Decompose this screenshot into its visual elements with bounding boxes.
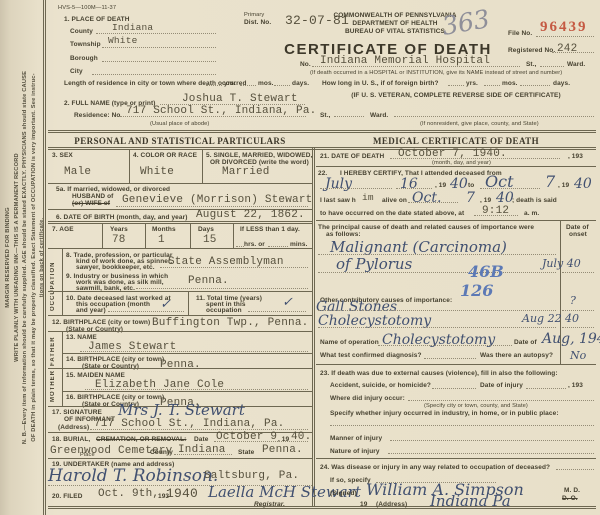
- fill-line: [102, 61, 216, 62]
- filed-label: 20. FILED: [52, 493, 83, 500]
- cause-onset-value: July 40: [542, 258, 581, 269]
- row-rule: [62, 391, 312, 392]
- contributory-onset-value: Aug 22 40: [522, 313, 579, 324]
- year-19: , 19: [435, 182, 446, 189]
- file-number-label: File No.: [508, 30, 532, 37]
- township-label: Township: [70, 41, 101, 48]
- operation-date-label: Date of: [514, 339, 537, 346]
- county-label: County: [150, 449, 173, 456]
- last-saw-label: I last saw h: [320, 197, 356, 204]
- yrs-label: yrs.: [224, 80, 236, 87]
- address-label: (Address): [376, 501, 407, 508]
- date-of-onset-label: onset: [569, 231, 587, 238]
- fill-line: [102, 47, 216, 48]
- row-rule: [48, 331, 312, 332]
- cremation-removal-label: CREMATION, OR REMOVAL:: [96, 436, 186, 443]
- physician-address: Indiana Pa: [430, 494, 511, 509]
- fill-line: [248, 311, 306, 312]
- nonresident-note: (If nonresident, give place, county, and…: [420, 121, 539, 128]
- institution-note: (If death occurred in a HOSPITAL or INST…: [310, 70, 562, 77]
- county-label: County: [70, 28, 93, 35]
- certify-label: I HEREBY CERTIFY, That I attended deceas…: [340, 170, 502, 177]
- fill-line: [408, 400, 594, 401]
- attended-to-year: 40: [574, 177, 592, 191]
- residence-length-label: Length of residence in city or town wher…: [64, 80, 247, 87]
- burial-label: 18. BURIAL,: [52, 436, 90, 443]
- specify-where-label: Specify whether injury occurred in indus…: [330, 410, 559, 417]
- sex-label: 3. SEX: [52, 152, 73, 159]
- bottom-rule: [48, 506, 596, 509]
- fill-line: [90, 429, 308, 430]
- row-rule: [316, 458, 596, 459]
- fill-line: [540, 66, 564, 67]
- fill-line: [556, 469, 594, 470]
- injury-193: , 193: [568, 382, 583, 389]
- fill-line: [562, 327, 594, 328]
- do-label: D. O.: [562, 495, 578, 502]
- fill-line: [378, 345, 512, 346]
- fill-line: [474, 215, 518, 216]
- side-label-divider: [62, 331, 63, 368]
- contributory-cause-line: Cholecystotomy: [318, 314, 431, 328]
- occupation-side-label: OCCUPATION: [50, 255, 56, 311]
- mos-label: mos.: [502, 80, 518, 87]
- year-19: , 19: [480, 197, 491, 204]
- mos-label: mos.: [258, 80, 274, 87]
- fill-line: [318, 327, 556, 328]
- attended-from-year: 40: [450, 177, 468, 191]
- row-rule: [48, 368, 312, 369]
- burial-state-value: Penna.: [262, 445, 303, 456]
- fill-line: [520, 85, 550, 86]
- registered-number-label: Registered No.: [508, 47, 555, 54]
- address-label: (Address): [58, 424, 89, 431]
- contributory-cause-line: Gall Stones: [316, 300, 397, 314]
- days-label: days.: [553, 80, 570, 87]
- side-label-divider: [62, 248, 63, 315]
- fill-line: [160, 267, 308, 268]
- last-worked-label: and year): [76, 307, 106, 314]
- row-rule: [316, 166, 596, 167]
- ward-label: Ward.: [370, 112, 388, 119]
- age-label: 7. AGE: [52, 226, 74, 233]
- state-country-note: (State or Country): [66, 326, 123, 333]
- date-label: Date: [194, 436, 209, 443]
- less-than-day-label: If LESS than 1 day.: [240, 226, 300, 233]
- death-said-label: ; death is said: [512, 197, 557, 204]
- state-country-note: (State or Country): [82, 363, 139, 370]
- side-label-divider: [62, 368, 63, 406]
- age-years-value: 78: [112, 235, 126, 246]
- test-confirmed-label: What test confirmed diagnosis?: [320, 352, 422, 359]
- race-label: 4. COLOR OR RACE: [133, 152, 197, 159]
- fill-line: [536, 36, 594, 37]
- race-value: White: [140, 167, 174, 178]
- fill-line: [388, 453, 594, 454]
- mother-side-label: MOTHER: [50, 372, 56, 402]
- wife-of-label: (or) WIFE of: [72, 200, 110, 207]
- fill-line: [408, 202, 458, 203]
- fill-line: [330, 425, 594, 426]
- fill-line: [390, 440, 594, 441]
- total-time-label: occupation: [206, 307, 242, 314]
- cell-divider: [102, 223, 103, 248]
- fill-line: [320, 188, 392, 189]
- fill-line: [136, 288, 308, 289]
- fill-line: [85, 389, 308, 390]
- cell-divider: [145, 223, 146, 248]
- fill-line: [174, 454, 232, 455]
- fill-line: [240, 85, 256, 86]
- margin-line: MARGIN RESERVED FOR BINDING: [4, 0, 13, 515]
- marital-value: Married: [222, 167, 270, 178]
- operation-label: Name of operation: [320, 339, 379, 346]
- fill-line: [214, 441, 308, 442]
- primary-label: Primary: [244, 12, 264, 19]
- statistical-code: 46B: [468, 264, 504, 280]
- checkmark: ✓: [160, 298, 171, 311]
- date-of-death-label: 21. DATE OF DEATH: [320, 153, 384, 160]
- cell-divider: [129, 149, 130, 183]
- dob-value: August 22, 1862.: [196, 210, 305, 221]
- fill-line: [318, 310, 556, 311]
- fill-line: [562, 272, 594, 273]
- margin-line: N. B.—Every item of information should b…: [21, 0, 30, 515]
- fill-line: [562, 310, 594, 311]
- father-birthplace-value: Penna.: [160, 360, 201, 371]
- father-side-label: FATHER: [50, 336, 56, 366]
- cell-divider: [202, 149, 203, 183]
- personal-section-title: PERSONAL AND STATISTICAL PARTICULARS: [48, 136, 312, 146]
- ward-label: Ward.: [567, 61, 585, 68]
- form-number: HVS-5—100M—11-37: [58, 5, 116, 12]
- year-19: , 19: [558, 182, 569, 189]
- veteran-note: (IF U. S. VETERAN, COMPLETE REVERSE SIDE…: [316, 92, 596, 99]
- residence-label: Residence: No.: [74, 112, 122, 119]
- state-label: State: [238, 449, 254, 456]
- section-rule: [48, 147, 596, 150]
- fill-line: [318, 272, 556, 273]
- trade-label: sawyer, bookkeeper, etc.: [76, 264, 155, 271]
- injury-date-label: Date of injury: [480, 382, 523, 389]
- fill-line: [206, 85, 222, 86]
- filed-year-value: 1940: [166, 487, 198, 500]
- cause-of-death-line: of Pylorus: [336, 257, 412, 272]
- row-rule: [48, 291, 312, 292]
- township-value: White: [108, 36, 138, 46]
- borough-label: Borough: [70, 55, 98, 62]
- fill-line: [424, 358, 476, 359]
- filed-date-value: Oct. 9th,: [98, 489, 159, 500]
- days-label: days.: [292, 80, 309, 87]
- fill-line: [108, 311, 184, 312]
- spouse-value: Genevieve (Morrison) Stewart: [122, 195, 312, 206]
- to-label: to: [468, 182, 474, 189]
- md-label: M. D.: [564, 487, 580, 494]
- alive-on-label: alive on: [382, 197, 407, 204]
- related-occupation-label: 24. Was disease or injury in any way rel…: [320, 464, 550, 471]
- year-193: , 193: [568, 153, 583, 160]
- cause-of-death-line: Malignant (Carcinoma): [330, 240, 507, 255]
- undertaker-signature: Harold T. Robinson.: [48, 468, 218, 485]
- row-rule: [48, 248, 312, 249]
- external-causes-label: 23. If death was due to external causes …: [320, 370, 558, 377]
- statistical-code: 126: [460, 283, 493, 299]
- fill-line: [92, 74, 216, 75]
- row-rule: [48, 315, 312, 316]
- fill-line: [334, 116, 364, 117]
- fill-line: [390, 158, 560, 159]
- fill-line: [552, 52, 594, 53]
- checkmark: ✓: [282, 296, 293, 309]
- abode-note: (Usual place of abode): [150, 121, 209, 128]
- file-number-stamp: 96439: [540, 19, 588, 36]
- row-rule: [316, 364, 596, 365]
- where-injury-label: Where did injury occur:: [330, 395, 405, 402]
- sex-value: Male: [64, 167, 91, 178]
- cell-divider: [233, 223, 234, 248]
- months-label: Months: [152, 226, 176, 233]
- occurred-label: to have occurred on the date stated abov…: [320, 210, 464, 217]
- years-label: Years: [110, 226, 128, 233]
- row-rule: [62, 353, 312, 354]
- autopsy-value: No: [570, 350, 586, 361]
- row-rule: [48, 221, 312, 224]
- yrs-label: yrs.: [466, 80, 478, 87]
- institution-no-label: No.: [300, 61, 311, 68]
- county-value: Indiana: [112, 23, 153, 33]
- street-label: St.,: [526, 61, 537, 68]
- cell-divider: [188, 291, 189, 315]
- operation-date-value: Aug, 1940: [542, 332, 600, 346]
- attended-to-day: 7: [545, 174, 555, 190]
- column-divider-rule: [312, 147, 315, 507]
- death-certificate-scan: MARGIN RESERVED FOR BINDING WRITE PLAINL…: [0, 0, 600, 515]
- accident-label: Accident, suicide, or homicide?: [330, 382, 431, 389]
- binding-margin-text: MARGIN RESERVED FOR BINDING WRITE PLAINL…: [4, 0, 47, 515]
- section-rule: [48, 130, 596, 133]
- fill-line: [394, 116, 594, 117]
- margin-divider-rule: [43, 0, 46, 515]
- district-number-label: Dist. No.: [244, 19, 271, 26]
- address-19: 19: [360, 501, 367, 508]
- cell-divider: [190, 223, 191, 248]
- margin-line: WRITE PLAINLY WITH UNFADING INK—THIS IS …: [13, 0, 22, 515]
- age-days-value: 15: [203, 235, 217, 246]
- contributory-onset-value: ?: [570, 295, 576, 306]
- fill-line: [312, 66, 520, 67]
- fill-line: [116, 206, 308, 207]
- autopsy-label: Was there an autopsy?: [480, 352, 553, 359]
- days-label: Days: [198, 226, 214, 233]
- manner-of-injury-label: Manner of injury: [330, 435, 382, 442]
- medical-section-title: MEDICAL CERTIFICATE OF DEATH: [316, 136, 596, 146]
- him-typed: im: [362, 193, 374, 203]
- fill-line: [96, 33, 216, 34]
- fill-line: [480, 188, 540, 189]
- city-label: City: [70, 68, 83, 75]
- fill-line: [236, 246, 244, 247]
- registered-number-value: 242: [557, 44, 577, 55]
- fill-line: [448, 85, 464, 86]
- last-saw-day: 7: [466, 191, 475, 205]
- year-19: , 19: [278, 436, 289, 443]
- signed-label: (Signed): [330, 490, 357, 497]
- fill-line: [432, 388, 476, 389]
- foreign-birth-label: How long in U. S., if of foreign birth?: [322, 80, 439, 87]
- fill-line: [274, 85, 290, 86]
- informant-signature: Mrs J. T. Stewart: [118, 403, 245, 418]
- fill-line: [484, 85, 500, 86]
- row-rule: [316, 220, 596, 221]
- street-label: St.,: [320, 112, 331, 119]
- birthplace-value: Buffington Twp., Penna.: [152, 318, 308, 329]
- fill-line: [120, 116, 306, 117]
- fill-line: [526, 388, 566, 389]
- fill-line: [80, 351, 308, 352]
- nature-of-injury-label: Nature of injury: [330, 448, 380, 455]
- row-rule: [48, 458, 312, 459]
- margin-line: OF DEATH in plain terms, so that it may …: [30, 0, 39, 515]
- undertaker-town-value: Saltsburg, Pa.: [204, 471, 299, 482]
- specify-city-note: (Specify city or town, county, and State…: [424, 403, 528, 410]
- age-months-value: 1: [158, 235, 165, 246]
- industry-value: Penna.: [188, 276, 229, 287]
- fill-line: [268, 246, 288, 247]
- fill-line: [396, 188, 432, 189]
- am-label: a. m.: [524, 210, 539, 217]
- row-rule: [48, 183, 312, 184]
- if-so-specify-label: If so, specify: [330, 477, 371, 484]
